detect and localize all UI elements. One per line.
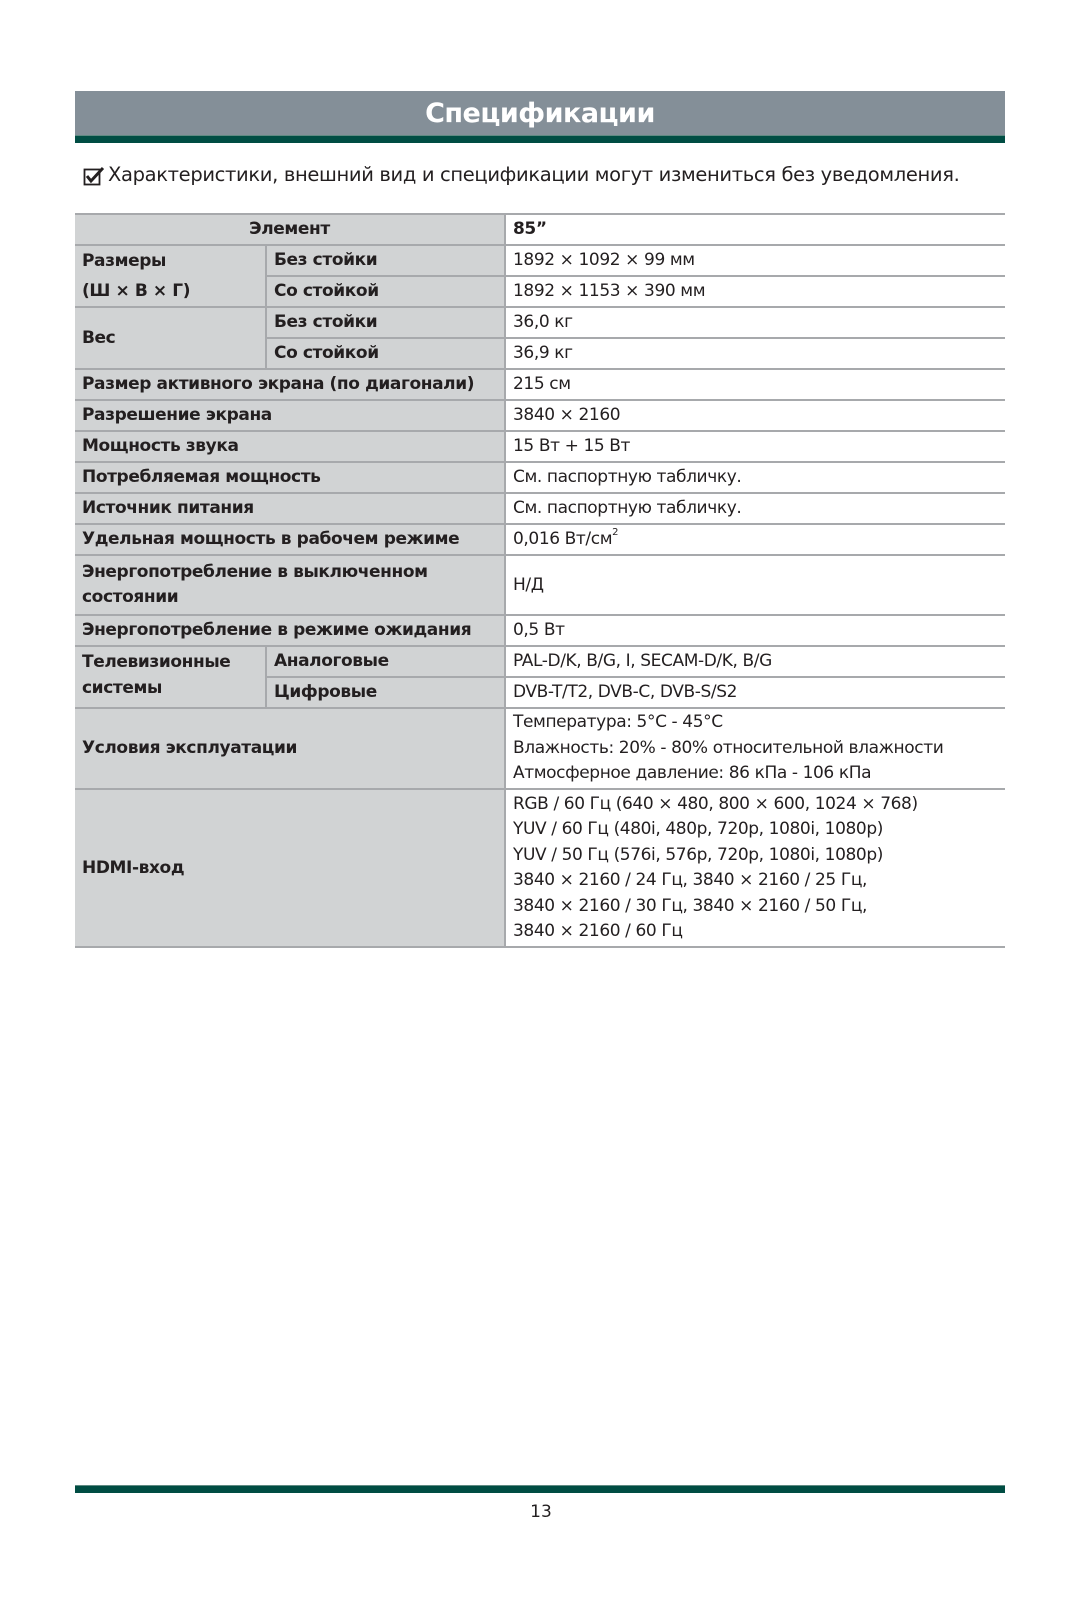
tv-digital-value: DVB-T/T2, DVB-C, DVB-S/S2: [505, 677, 1005, 708]
tv-analog-label: Аналоговые: [266, 646, 505, 677]
hdmi-line: 3840 × 2160 / 24 Гц, 3840 × 2160 / 25 Гц…: [513, 868, 998, 894]
row-value-text: 0,016 Вт/см: [513, 529, 612, 549]
table-header-row: Элемент 85”: [75, 214, 1005, 245]
table-row: Размер активного экрана (по диагонали) 2…: [75, 369, 1005, 400]
table-row: Энергопотребление в режиме ожидания 0,5 …: [75, 615, 1005, 646]
table-row: (Ш × В × Г) Со стойкой 1892 × 1153 × 390…: [75, 276, 1005, 307]
dimensions-label-line2: (Ш × В × Г): [75, 276, 266, 307]
row-value: См. паспортную табличку.: [505, 462, 1005, 493]
weight-with-stand-value: 36,9 кг: [505, 338, 1005, 369]
superscript: 2: [612, 527, 618, 538]
row-label: Энергопотребление в режиме ожидания: [75, 615, 505, 646]
row-value: 3840 × 2160: [505, 400, 1005, 431]
hdmi-line: 3840 × 2160 / 60 Гц: [513, 919, 998, 945]
specifications-table: Элемент 85” Размеры Без стойки 1892 × 10…: [75, 213, 1005, 948]
operating-conditions-label: Условия эксплуатации: [75, 708, 505, 789]
row-label: Источник питания: [75, 493, 505, 524]
row-label: Разрешение экрана: [75, 400, 505, 431]
table-row: Энергопотребление в выключенном состояни…: [75, 555, 1005, 615]
dimensions-without-stand-label: Без стойки: [266, 245, 505, 276]
hdmi-line: 3840 × 2160 / 30 Гц, 3840 × 2160 / 50 Гц…: [513, 894, 998, 920]
table-row: Размеры Без стойки 1892 × 1092 × 99 мм: [75, 245, 1005, 276]
section-title-bar: Спецификации: [75, 91, 1005, 135]
tv-systems-label-line1: Телевизионные: [75, 646, 266, 677]
table-row: Удельная мощность в рабочем режиме 0,016…: [75, 524, 1005, 555]
table-row: Разрешение экрана 3840 × 2160: [75, 400, 1005, 431]
row-value: Н/Д: [505, 555, 1005, 615]
row-label: Мощность звука: [75, 431, 505, 462]
row-value: 0,5 Вт: [505, 615, 1005, 646]
disclaimer-note: Характеристики, внешний вид и спецификац…: [83, 163, 1013, 186]
header-element: Элемент: [75, 214, 505, 245]
table-row: Мощность звука 15 Вт + 15 Вт: [75, 431, 1005, 462]
condition-line: Температура: 5°C - 45°C: [513, 710, 998, 736]
title-underline: [75, 135, 1005, 143]
header-model: 85”: [505, 214, 1005, 245]
weight-label: Вес: [75, 307, 266, 369]
page-title: Спецификации: [425, 98, 655, 129]
dimensions-with-stand-label: Со стойкой: [266, 276, 505, 307]
hdmi-line: RGB / 60 Гц (640 × 480, 800 × 600, 1024 …: [513, 792, 998, 818]
condition-line: Влажность: 20% - 80% относительной влажн…: [513, 736, 998, 762]
row-value: См. паспортную табличку.: [505, 493, 1005, 524]
tv-systems-label-line2: системы: [75, 677, 266, 708]
table-row: системы Цифровые DVB-T/T2, DVB-C, DVB-S/…: [75, 677, 1005, 708]
tv-analog-value: PAL-D/K, B/G, I, SECAM-D/K, B/G: [505, 646, 1005, 677]
row-value: 0,016 Вт/см2: [505, 524, 1005, 555]
table-row: Источник питания См. паспортную табличку…: [75, 493, 1005, 524]
row-value: 15 Вт + 15 Вт: [505, 431, 1005, 462]
table-row: HDMI-вход RGB / 60 Гц (640 × 480, 800 × …: [75, 789, 1005, 947]
weight-without-stand-value: 36,0 кг: [505, 307, 1005, 338]
dimensions-label-line1: Размеры: [75, 245, 266, 276]
row-label: Энергопотребление в выключенном состояни…: [75, 555, 505, 615]
hdmi-value: RGB / 60 Гц (640 × 480, 800 × 600, 1024 …: [505, 789, 1005, 947]
row-label: Потребляемая мощность: [75, 462, 505, 493]
hdmi-label: HDMI-вход: [75, 789, 505, 947]
disclaimer-text: Характеристики, внешний вид и спецификац…: [108, 163, 959, 186]
checkbox-checked-icon: [83, 165, 105, 187]
row-label: Размер активного экрана (по диагонали): [75, 369, 505, 400]
hdmi-line: YUV / 60 Гц (480i, 480p, 720p, 1080i, 10…: [513, 817, 998, 843]
weight-with-stand-label: Со стойкой: [266, 338, 505, 369]
dimensions-with-stand-value: 1892 × 1153 × 390 мм: [505, 276, 1005, 307]
tv-digital-label: Цифровые: [266, 677, 505, 708]
row-value: 215 см: [505, 369, 1005, 400]
hdmi-line: YUV / 50 Гц (576i, 576p, 720p, 1080i, 10…: [513, 843, 998, 869]
dimensions-without-stand-value: 1892 × 1092 × 99 мм: [505, 245, 1005, 276]
condition-line: Атмосферное давление: 86 кПа - 106 кПа: [513, 761, 998, 787]
table-row: Телевизионные Аналоговые PAL-D/K, B/G, I…: [75, 646, 1005, 677]
row-label: Удельная мощность в рабочем режиме: [75, 524, 505, 555]
table-row: Условия эксплуатации Температура: 5°C - …: [75, 708, 1005, 789]
operating-conditions-value: Температура: 5°C - 45°C Влажность: 20% -…: [505, 708, 1005, 789]
weight-without-stand-label: Без стойки: [266, 307, 505, 338]
page-number: 13: [0, 1502, 1082, 1522]
footer-bar: [75, 1485, 1005, 1493]
table-row: Вес Без стойки 36,0 кг: [75, 307, 1005, 338]
table-row: Потребляемая мощность См. паспортную таб…: [75, 462, 1005, 493]
